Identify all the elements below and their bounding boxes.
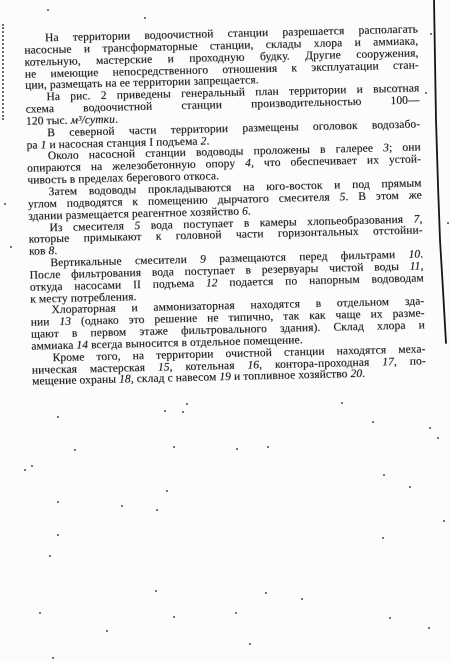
figure-reference-number: 14 xyxy=(76,339,88,351)
scan-speck xyxy=(430,33,432,35)
scan-speck xyxy=(389,617,391,619)
figure-reference-number: 5 xyxy=(134,220,140,232)
figure-reference-number: 13 xyxy=(59,316,71,328)
scan-speck xyxy=(186,403,188,405)
scan-speck xyxy=(57,534,59,536)
scan-speck xyxy=(341,402,343,404)
scan-speck xyxy=(173,616,175,618)
figure-reference-number: 10 xyxy=(408,248,420,260)
scan-speck xyxy=(265,592,267,594)
scan-speck xyxy=(47,9,49,11)
scan-speck xyxy=(52,657,54,659)
scan-speck xyxy=(31,465,33,467)
scan-speck xyxy=(10,246,12,248)
figure-reference-number: м³/сутки xyxy=(70,113,115,126)
scan-speck xyxy=(409,486,411,488)
scan-speck xyxy=(447,222,449,224)
scan-speck xyxy=(39,612,41,614)
scan-speck xyxy=(437,437,439,439)
scan-speck xyxy=(121,505,123,507)
scan-speck xyxy=(164,410,166,412)
scan-speck xyxy=(382,537,384,539)
scan-speck xyxy=(182,411,184,413)
figure-reference-number: 20 xyxy=(350,368,362,380)
scan-speck xyxy=(24,469,26,471)
scan-speck xyxy=(74,449,76,451)
figure-reference-number: 7 xyxy=(413,213,419,225)
scan-speck xyxy=(428,627,430,629)
scan-speck xyxy=(267,446,269,448)
scan-speck xyxy=(372,421,374,423)
figure-reference-number: 6 xyxy=(242,205,248,217)
text-block: На территории водоочистной станции разре… xyxy=(24,24,426,388)
scan-speck xyxy=(4,203,6,205)
scan-speck xyxy=(57,416,59,418)
scan-speck xyxy=(106,630,108,632)
figure-reference-number: 9 xyxy=(200,253,206,265)
scan-speck xyxy=(156,509,158,511)
figure-reference-number: 8 xyxy=(48,245,54,257)
figure-reference-number: 5 xyxy=(339,191,345,203)
binding-dotted-mark xyxy=(2,24,4,120)
figure-reference-number: 17 xyxy=(382,356,394,368)
scan-speck xyxy=(173,446,175,448)
scan-speck xyxy=(383,474,385,476)
page-background: На территории водоочистной станции разре… xyxy=(0,0,450,662)
figure-reference-number: 19 xyxy=(219,371,231,383)
scan-speck xyxy=(429,427,431,429)
figure-reference-number: 1 xyxy=(40,139,46,151)
figure-reference-number: 3 xyxy=(383,143,389,155)
figure-reference-number: 4 xyxy=(245,158,251,170)
paragraph: На территории водоочистной станции разре… xyxy=(24,24,419,92)
figure-reference-number: 2 xyxy=(200,135,206,147)
scan-speck xyxy=(57,501,59,503)
scan-speck xyxy=(49,555,51,557)
scan-speck xyxy=(301,598,303,600)
scanned-book-page: { "scan": { "paper_color": "#fcfcfa", "i… xyxy=(0,0,450,662)
scan-speck xyxy=(425,92,427,94)
scan-speck xyxy=(166,490,168,492)
figure-reference-number: 18 xyxy=(119,374,131,386)
scan-speck xyxy=(236,448,238,450)
scan-speck xyxy=(249,643,251,645)
scan-speck xyxy=(144,17,146,19)
figure-reference-number: 12 xyxy=(206,277,218,289)
scan-speck xyxy=(443,520,445,522)
scan-speck xyxy=(155,590,157,592)
scan-speck xyxy=(235,612,237,614)
page-edge-line xyxy=(434,0,446,343)
paragraph: Кроме того, на территории очистной станц… xyxy=(31,344,426,389)
figure-reference-number: 11 xyxy=(409,260,420,272)
